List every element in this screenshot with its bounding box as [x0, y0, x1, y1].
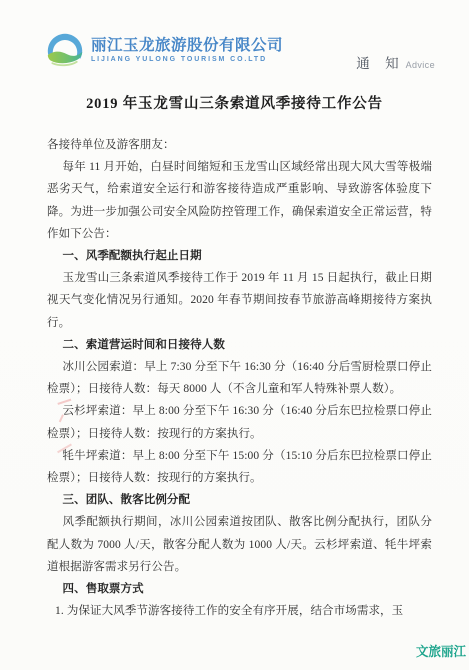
- section-4-item-1-paragraph: 1. 为保证大风季节游客接待工作的安全有序开展，结合市场需求，玉: [47, 600, 432, 622]
- notice-label-zh: 通 知: [356, 56, 404, 71]
- company-logo: 丽江玉龙旅游股份有限公司 LIJIANG YULONG TOURISM CO.L…: [46, 33, 283, 68]
- section-1-heading: 一、风季配额执行起止日期: [47, 245, 432, 267]
- section-1-paragraph: 玉龙雪山三条索道风季接待工作于 2019 年 11 月 15 日起执行，截止日期…: [47, 267, 432, 334]
- mountain-wave-logo-icon: [46, 33, 84, 68]
- section-3-paragraph: 风季配额执行期间，冰川公园索道按团队、散客比例分配执行，团队分配人数为 7000…: [47, 511, 432, 578]
- wenlv-lijiang-watermark: 文旅丽江: [416, 642, 466, 661]
- scanned-notice-page: 丽江玉龙旅游股份有限公司 LIJIANG YULONG TOURISM CO.L…: [0, 0, 469, 670]
- document-body: 各接待单位及游客朋友： 每年 11 月开始，白昼时间缩短和玉龙雪山区域经常出现大…: [47, 134, 432, 622]
- company-name-block: 丽江玉龙旅游股份有限公司 LIJIANG YULONG TOURISM CO.L…: [91, 37, 283, 64]
- section-4-heading: 四、售取票方式: [47, 578, 432, 600]
- page-title: 2019 年玉龙雪山三条索道风季接待工作公告: [0, 92, 469, 113]
- company-name-zh: 丽江玉龙旅游股份有限公司: [91, 37, 283, 54]
- intro-paragraph: 每年 11 月开始，白昼时间缩短和玉龙雪山区域经常出现大风大雪等极端恶劣天气，给…: [47, 156, 432, 245]
- salutation: 各接待单位及游客朋友：: [47, 134, 432, 156]
- yak-meadow-cableway-paragraph: 牦牛坪索道：早上 8:00 分至下午 15:00 分（15:10 分后东巴拉检票…: [47, 445, 432, 489]
- notice-label-en: Advice: [406, 60, 435, 70]
- notice-type-label: 通 知Advice: [356, 52, 435, 73]
- section-2-heading: 二、索道营运时间和日接待人数: [47, 334, 432, 356]
- section-3-heading: 三、团队、散客比例分配: [47, 489, 432, 511]
- spruce-meadow-cableway-paragraph: 云杉坪索道：早上 8:00 分至下午 16:30 分（16:40 分后东巴拉检票…: [47, 400, 432, 444]
- company-name-en: LIJIANG YULONG TOURISM CO.LTD: [91, 55, 283, 64]
- glacier-park-cableway-paragraph: 冰川公园索道：早上 7:30 分至下午 16:30 分（16:40 分后雪厨检票…: [47, 356, 432, 400]
